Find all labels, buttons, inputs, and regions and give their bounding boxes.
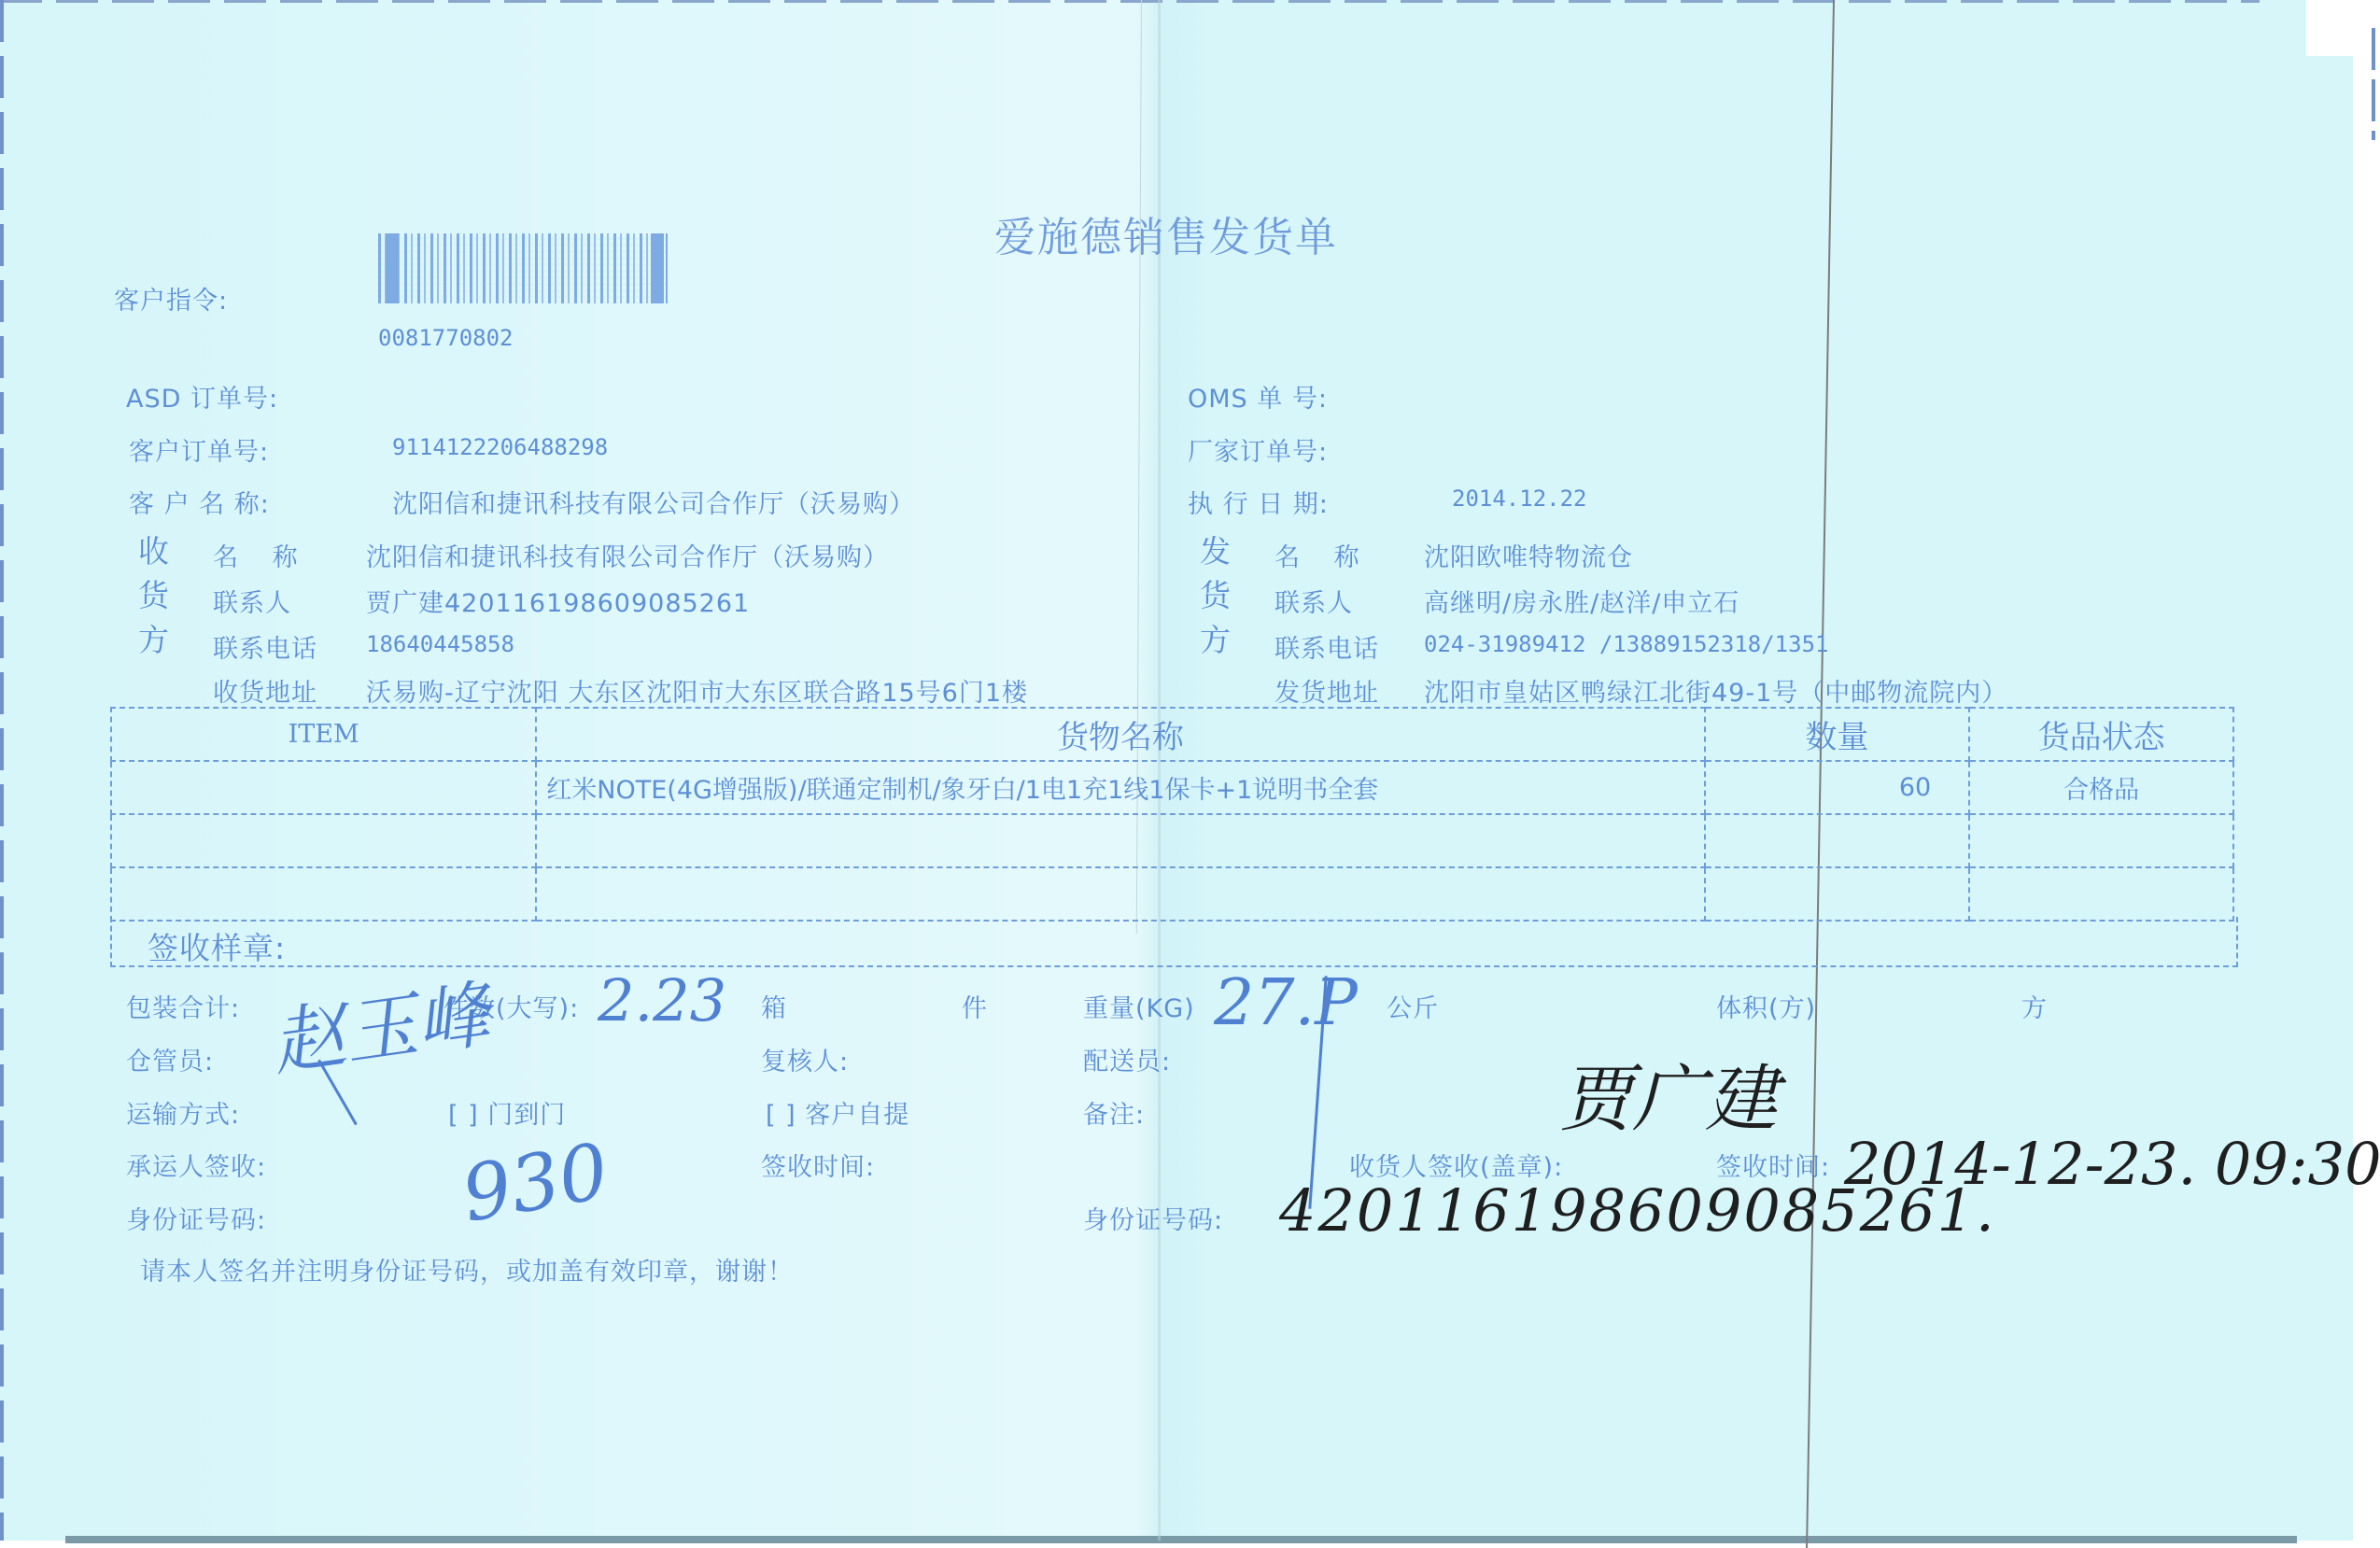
exec-date-value: 2014.12.22 — [1452, 486, 1587, 512]
sender-contact-value: 高继明/房永胜/赵洋/申立石 — [1424, 583, 1739, 619]
sign-stamp-label: 签收样章: — [148, 924, 286, 968]
carrier-sign-label: 承运人签收: — [126, 1147, 266, 1183]
package-total-label: 包装合计: — [126, 988, 240, 1024]
perforation-left — [0, 0, 4, 1541]
goods-table-header-row: ITEM 货物名称 数量 货品状态 — [111, 708, 2233, 761]
warehouse-keeper-label: 仓管员: — [126, 1041, 214, 1077]
sign-time-label: 签收时间: — [761, 1147, 875, 1183]
volume-label: 体积(方) — [1716, 988, 1816, 1024]
cell-item — [111, 867, 536, 921]
table-row — [111, 867, 2233, 921]
exec-date-label: 执 行 日 期: — [1188, 484, 1329, 520]
option-door-to-door[interactable]: [ ] 门到门 — [448, 1094, 566, 1131]
id-label-right: 身份证号码: — [1083, 1200, 1223, 1236]
sender-contact-label: 联系人 — [1274, 583, 1353, 619]
option-customer-pickup[interactable]: [ ] 客户自提 — [766, 1094, 909, 1131]
id-label-left: 身份证号码: — [126, 1200, 266, 1236]
cell-quantity — [1705, 867, 1970, 921]
cell-goods-name: 红米NOTE(4G增强版)/联通定制机/象牙白/1电1充1线1保卡+1说明书全套 — [536, 761, 1704, 814]
receiver-phone-value: 18640445858 — [366, 631, 514, 657]
receiver-side-char-1: 收 — [138, 528, 170, 571]
sender-side-char-3: 方 — [1200, 616, 1232, 660]
receiver-address-value: 沃易购-辽宁沈阳 大东区沈阳市大东区联合路15号6门1楼 — [366, 672, 1028, 709]
remark-label: 备注: — [1083, 1094, 1145, 1131]
transport-label: 运输方式: — [126, 1094, 240, 1131]
sender-phone-value: 024-31989412 /13889152318/1351 — [1424, 631, 1828, 657]
table-row: 红米NOTE(4G增强版)/联通定制机/象牙白/1电1充1线1保卡+1说明书全套… — [111, 761, 2233, 814]
customer-order-value: 9114122206488298 — [392, 434, 608, 460]
oms-label: OMS 单 号: — [1188, 378, 1328, 415]
table-row — [111, 814, 2233, 867]
receiver-address-label: 收货地址 — [213, 672, 317, 709]
header-quantity: 数量 — [1705, 708, 1970, 761]
cell-item — [111, 761, 536, 814]
weight-unit: 公斤 — [1387, 988, 1439, 1024]
receiver-phone-label: 联系电话 — [213, 628, 317, 665]
cell-goods-name — [536, 867, 1704, 921]
receiver-name-value: 沈阳信和捷讯科技有限公司合作厅（沃易购） — [366, 537, 889, 573]
goods-table: ITEM 货物名称 数量 货品状态 红米NOTE(4G增强版)/联通定制机/象牙… — [110, 707, 2234, 922]
factory-order-label: 厂家订单号: — [1188, 431, 1328, 468]
weight-handwritten: 27.P — [1214, 966, 1358, 1040]
header-status: 货品状态 — [1969, 708, 2233, 761]
receiver-name-label: 名 称 — [213, 537, 311, 573]
box-unit: 箱 — [761, 988, 787, 1024]
receiver-signature: 贾广建 — [1559, 1041, 1778, 1146]
customer-order-label: 客户订单号: — [129, 431, 269, 468]
sender-name-value: 沈阳欧唯特物流仓 — [1424, 537, 1633, 573]
cell-quantity — [1705, 814, 1970, 867]
customer-name-value: 沈阳信和捷讯科技有限公司合作厅（沃易购） — [392, 484, 915, 520]
sender-name-label: 名 称 — [1274, 537, 1373, 573]
header-goods-name: 货物名称 — [536, 708, 1704, 761]
customer-instruction-label: 客户指令: — [114, 280, 228, 317]
receive-time-handwritten: 2014-12-23. 09:30 — [1844, 1130, 2380, 1198]
sender-side-char-1: 发 — [1200, 528, 1232, 571]
weight-label: 重量(KG) — [1083, 988, 1195, 1024]
cell-goods-name — [536, 814, 1704, 867]
cell-status — [1969, 867, 2233, 921]
perforation-right — [2372, 28, 2375, 140]
barcode — [378, 233, 668, 303]
asd-order-label: ASD 订单号: — [126, 378, 278, 415]
sender-side-char-2: 货 — [1200, 571, 1232, 615]
barcode-number: 0081770802 — [378, 325, 514, 351]
cell-quantity: 60 — [1705, 761, 1970, 814]
perforation-top — [0, 0, 2260, 3]
receiver-side-char-2: 货 — [138, 571, 170, 615]
customer-name-label: 客 户 名 称: — [129, 484, 270, 520]
header-item: ITEM — [111, 708, 536, 761]
volume-unit: 方 — [2021, 988, 2048, 1024]
sender-address-value: 沈阳市皇姑区鸭绿江北街49-1号（中邮物流院内） — [1424, 672, 2007, 709]
delivery-person-label: 配送员: — [1083, 1041, 1171, 1077]
piece-unit: 件 — [962, 988, 988, 1024]
sender-phone-label: 联系电话 — [1274, 628, 1379, 665]
cell-status: 合格品 — [1969, 761, 2233, 814]
receiver-contact-value: 贾广建420116198609085261 — [366, 583, 750, 619]
cell-item — [111, 814, 536, 867]
sign-stamp-box — [110, 917, 2238, 967]
cell-status — [1969, 814, 2233, 867]
document-title: 爱施德销售发货单 — [994, 204, 1338, 263]
sender-address-label: 发货地址 — [1274, 672, 1379, 709]
receiver-contact-label: 联系人 — [213, 583, 291, 619]
reviewer-label: 复核人: — [761, 1041, 849, 1077]
receiver-side-char-3: 方 — [138, 616, 170, 660]
paper-bottom-edge — [65, 1536, 2297, 1543]
pieces-handwritten: 2.23 — [598, 966, 726, 1034]
notice-text: 请本人签名并注明身份证号码，或加盖有效印章，谢谢！ — [140, 1251, 794, 1288]
